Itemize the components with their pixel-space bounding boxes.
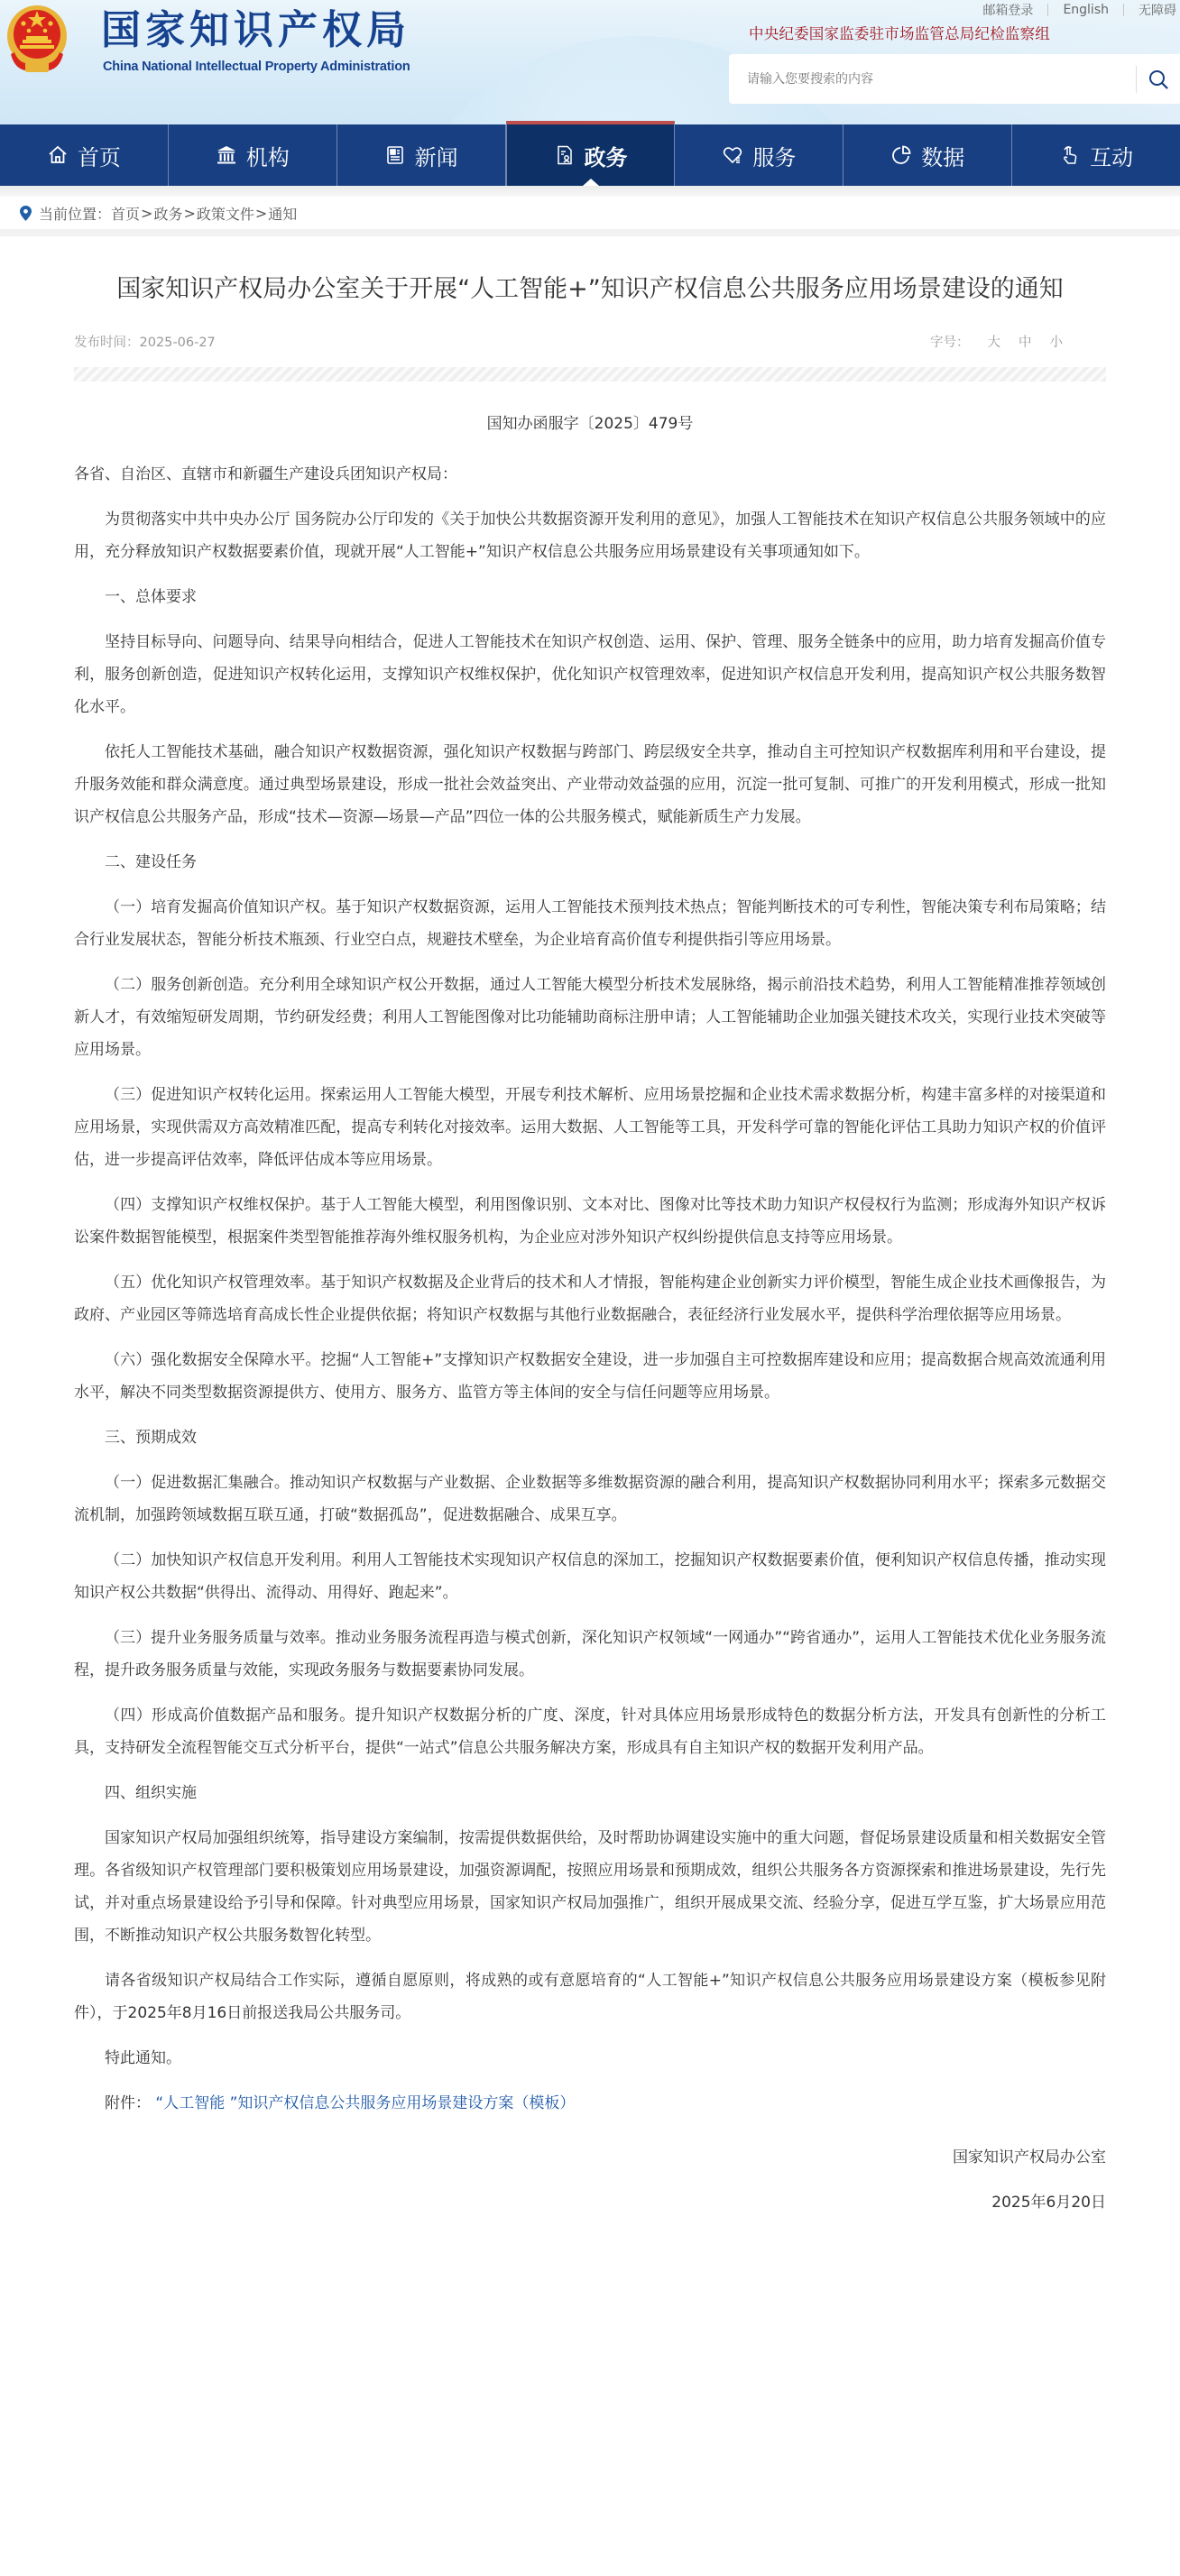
discipline-inspection-link[interactable]: 中央纪委国家监委驻市场监管总局纪检监察组 [749, 22, 1050, 43]
nav-label: 互动 [1090, 140, 1133, 171]
heart-icon [722, 144, 743, 166]
closing-paragraph: 特此通知。 [74, 2042, 1106, 2075]
article-body: 各省、自治区、直辖市和新疆生产建设兵团知识产权局： 为贯彻落实中共中央办公厅 国… [74, 458, 1106, 2219]
paragraph: （二）服务创新创造。充分利用全球知识产权公开数据，通过人工智能大模型分析技术发展… [74, 969, 1106, 1066]
paragraph: （六）强化数据安全保障水平。挖掘“人工智能+”支撑知识产权数据安全建设，进一步加… [74, 1344, 1106, 1409]
nav-label: 政务 [585, 140, 628, 171]
paragraph: （三）提升业务服务质量与效率。推动业务服务流程再造与模式创新，深化知识产权领域“… [74, 1622, 1106, 1687]
institution-icon [216, 144, 237, 166]
search-input[interactable] [729, 54, 1136, 104]
section-heading: 二、建设任务 [74, 846, 1106, 879]
paragraph: 请各省级知识产权局结合工作实际，遵循自愿原则，将成熟的或有意愿培育的“人工智能+… [74, 1964, 1106, 2029]
paragraph: （五）优化知识产权管理效率。基于知识产权数据及企业背后的技术和人才情报，智能构建… [74, 1266, 1106, 1331]
nav-label: 服务 [752, 140, 796, 171]
font-size-label: 字号： [930, 332, 970, 351]
paragraph: 坚持目标导向、问题导向、结果导向相结合，促进人工智能技术在知识产权创造、运用、保… [74, 626, 1106, 723]
national-emblem-icon [4, 2, 70, 76]
paragraph: 依托人工智能技术基础，融合知识产权数据资源，强化知识产权数据与跨部门、跨层级安全… [74, 736, 1106, 833]
breadcrumb-notices[interactable]: 通知 [268, 203, 297, 224]
search-icon [1148, 69, 1168, 89]
paragraph: （一）促进数据汇集融合。推动知识产权数据与产业数据、企业数据等多维数据资源的融合… [74, 1467, 1106, 1532]
breadcrumb-bottom-bar [0, 229, 1180, 236]
breadcrumb-separator: > [255, 205, 267, 222]
breadcrumb-separator: > [141, 205, 152, 222]
breadcrumb: 当前位置： 首页 > 政务 > 政策文件 > 通知 [0, 197, 1180, 229]
hand-pointer-icon [1059, 144, 1081, 166]
mailbox-login-link[interactable]: 邮箱登录 [968, 1, 1047, 19]
breadcrumb-government-affairs[interactable]: 政务 [153, 203, 182, 224]
nav-item-interaction[interactable]: 互动 [1012, 124, 1180, 186]
salutation: 各省、自治区、直辖市和新疆生产建设兵团知识产权局： [74, 458, 1106, 491]
breadcrumb-home[interactable]: 首页 [111, 203, 140, 224]
nav-label: 数据 [921, 140, 964, 171]
publish-label: 发布时间： [74, 336, 140, 350]
breadcrumb-policy-documents[interactable]: 政策文件 [197, 203, 254, 224]
section-heading: 一、总体要求 [74, 581, 1106, 613]
signature-block: 国家知识产权局办公室 2025年6月20日 [74, 2141, 1106, 2219]
main-nav: 首页 机构 新闻 政务 服务 [0, 124, 1180, 186]
font-size-switcher: 字号： 大 中 小 [930, 332, 1063, 351]
signature-date: 2025年6月20日 [74, 2186, 1106, 2219]
newspaper-icon [384, 144, 406, 166]
attachment-link[interactable]: “人工智能 ”知识产权信息公共服务应用场景建设方案（模板） [155, 2094, 575, 2112]
search-box [729, 54, 1180, 104]
accessibility-link[interactable]: 无障碍 [1124, 1, 1180, 19]
attachment: 附件： “人工智能 ”知识产权信息公共服务应用场景建设方案（模板） [74, 2087, 1106, 2120]
striped-divider [74, 367, 1106, 382]
paragraph: 国家知识产权局加强组织统筹，指导建设方案编制，按需提供数据供给，及时帮助协调建设… [74, 1822, 1106, 1952]
search-button[interactable] [1137, 54, 1180, 104]
nav-item-government-affairs[interactable]: 政务 [506, 121, 676, 186]
top-links: 邮箱登录 English 无障碍 [968, 0, 1180, 20]
logo-english[interactable]: China National Intellectual Property Adm… [103, 60, 410, 74]
signature-org: 国家知识产权局办公室 [74, 2141, 1106, 2174]
attachment-label: 附件： [105, 2094, 151, 2112]
home-icon [47, 144, 69, 166]
nav-label: 新闻 [415, 140, 458, 171]
logo-chinese[interactable]: 国家知识产权局 [101, 7, 410, 54]
paragraph: （四）形成高价值数据产品和服务。提升知识产权数据分析的广度、深度，针对具体应用场… [74, 1699, 1106, 1764]
breadcrumb-separator: > [183, 205, 195, 222]
english-link[interactable]: English [1048, 3, 1123, 17]
article: 国家知识产权局办公室关于开展“人工智能+”知识产权信息公共服务应用场景建设的通知… [74, 263, 1106, 2219]
section-heading: 三、预期成效 [74, 1421, 1106, 1454]
article-title: 国家知识产权局办公室关于开展“人工智能+”知识产权信息公共服务应用场景建设的通知 [74, 263, 1106, 316]
paragraph: 为贯彻落实中共中央办公厅 国务院办公厅印发的《关于加快公共数据资源开发利用的意见… [74, 503, 1106, 568]
nav-item-news[interactable]: 新闻 [337, 124, 506, 186]
section-heading: 四、组织实施 [74, 1777, 1106, 1809]
paragraph: （一）培育发掘高价值知识产权。基于知识产权数据资源，运用人工智能技术预判技术热点… [74, 891, 1106, 956]
pie-chart-icon [890, 144, 912, 166]
paragraph: （二）加快知识产权信息开发利用。利用人工智能技术实现知识产权信息的深加工，挖掘知… [74, 1544, 1106, 1609]
nav-item-home[interactable]: 首页 [0, 124, 169, 186]
breadcrumb-shadow [0, 186, 1180, 197]
paragraph: （四）支撑知识产权维权保护。基于人工智能大模型，利用图像识别、文本对比、图像对比… [74, 1189, 1106, 1254]
paragraph: （三）促进知识产权转化运用。探索运用人工智能大模型，开展专利技术解析、应用场景挖… [74, 1079, 1106, 1176]
nav-item-data[interactable]: 数据 [844, 124, 1012, 186]
font-size-small[interactable]: 小 [1050, 332, 1064, 351]
nav-item-service[interactable]: 服务 [675, 124, 844, 186]
nav-item-institution[interactable]: 机构 [169, 124, 337, 186]
document-number: 国知办函服字〔2025〕479号 [74, 410, 1106, 433]
site-header: 国家知识产权局 China National Intellectual Prop… [0, 0, 1180, 124]
font-size-medium[interactable]: 中 [1019, 332, 1032, 351]
article-meta: 发布时间：2025-06-27 字号： 大 中 小 [74, 332, 1106, 351]
publish-date: 2025-06-27 [140, 336, 216, 350]
nav-label: 首页 [78, 140, 121, 171]
active-caret-icon [583, 179, 599, 186]
document-icon [554, 144, 576, 166]
font-size-large[interactable]: 大 [988, 332, 1001, 351]
location-pin-icon [20, 206, 32, 221]
publish-info: 发布时间：2025-06-27 [74, 332, 216, 351]
nav-label: 机构 [246, 140, 290, 171]
breadcrumb-prefix: 当前位置： [39, 203, 111, 224]
